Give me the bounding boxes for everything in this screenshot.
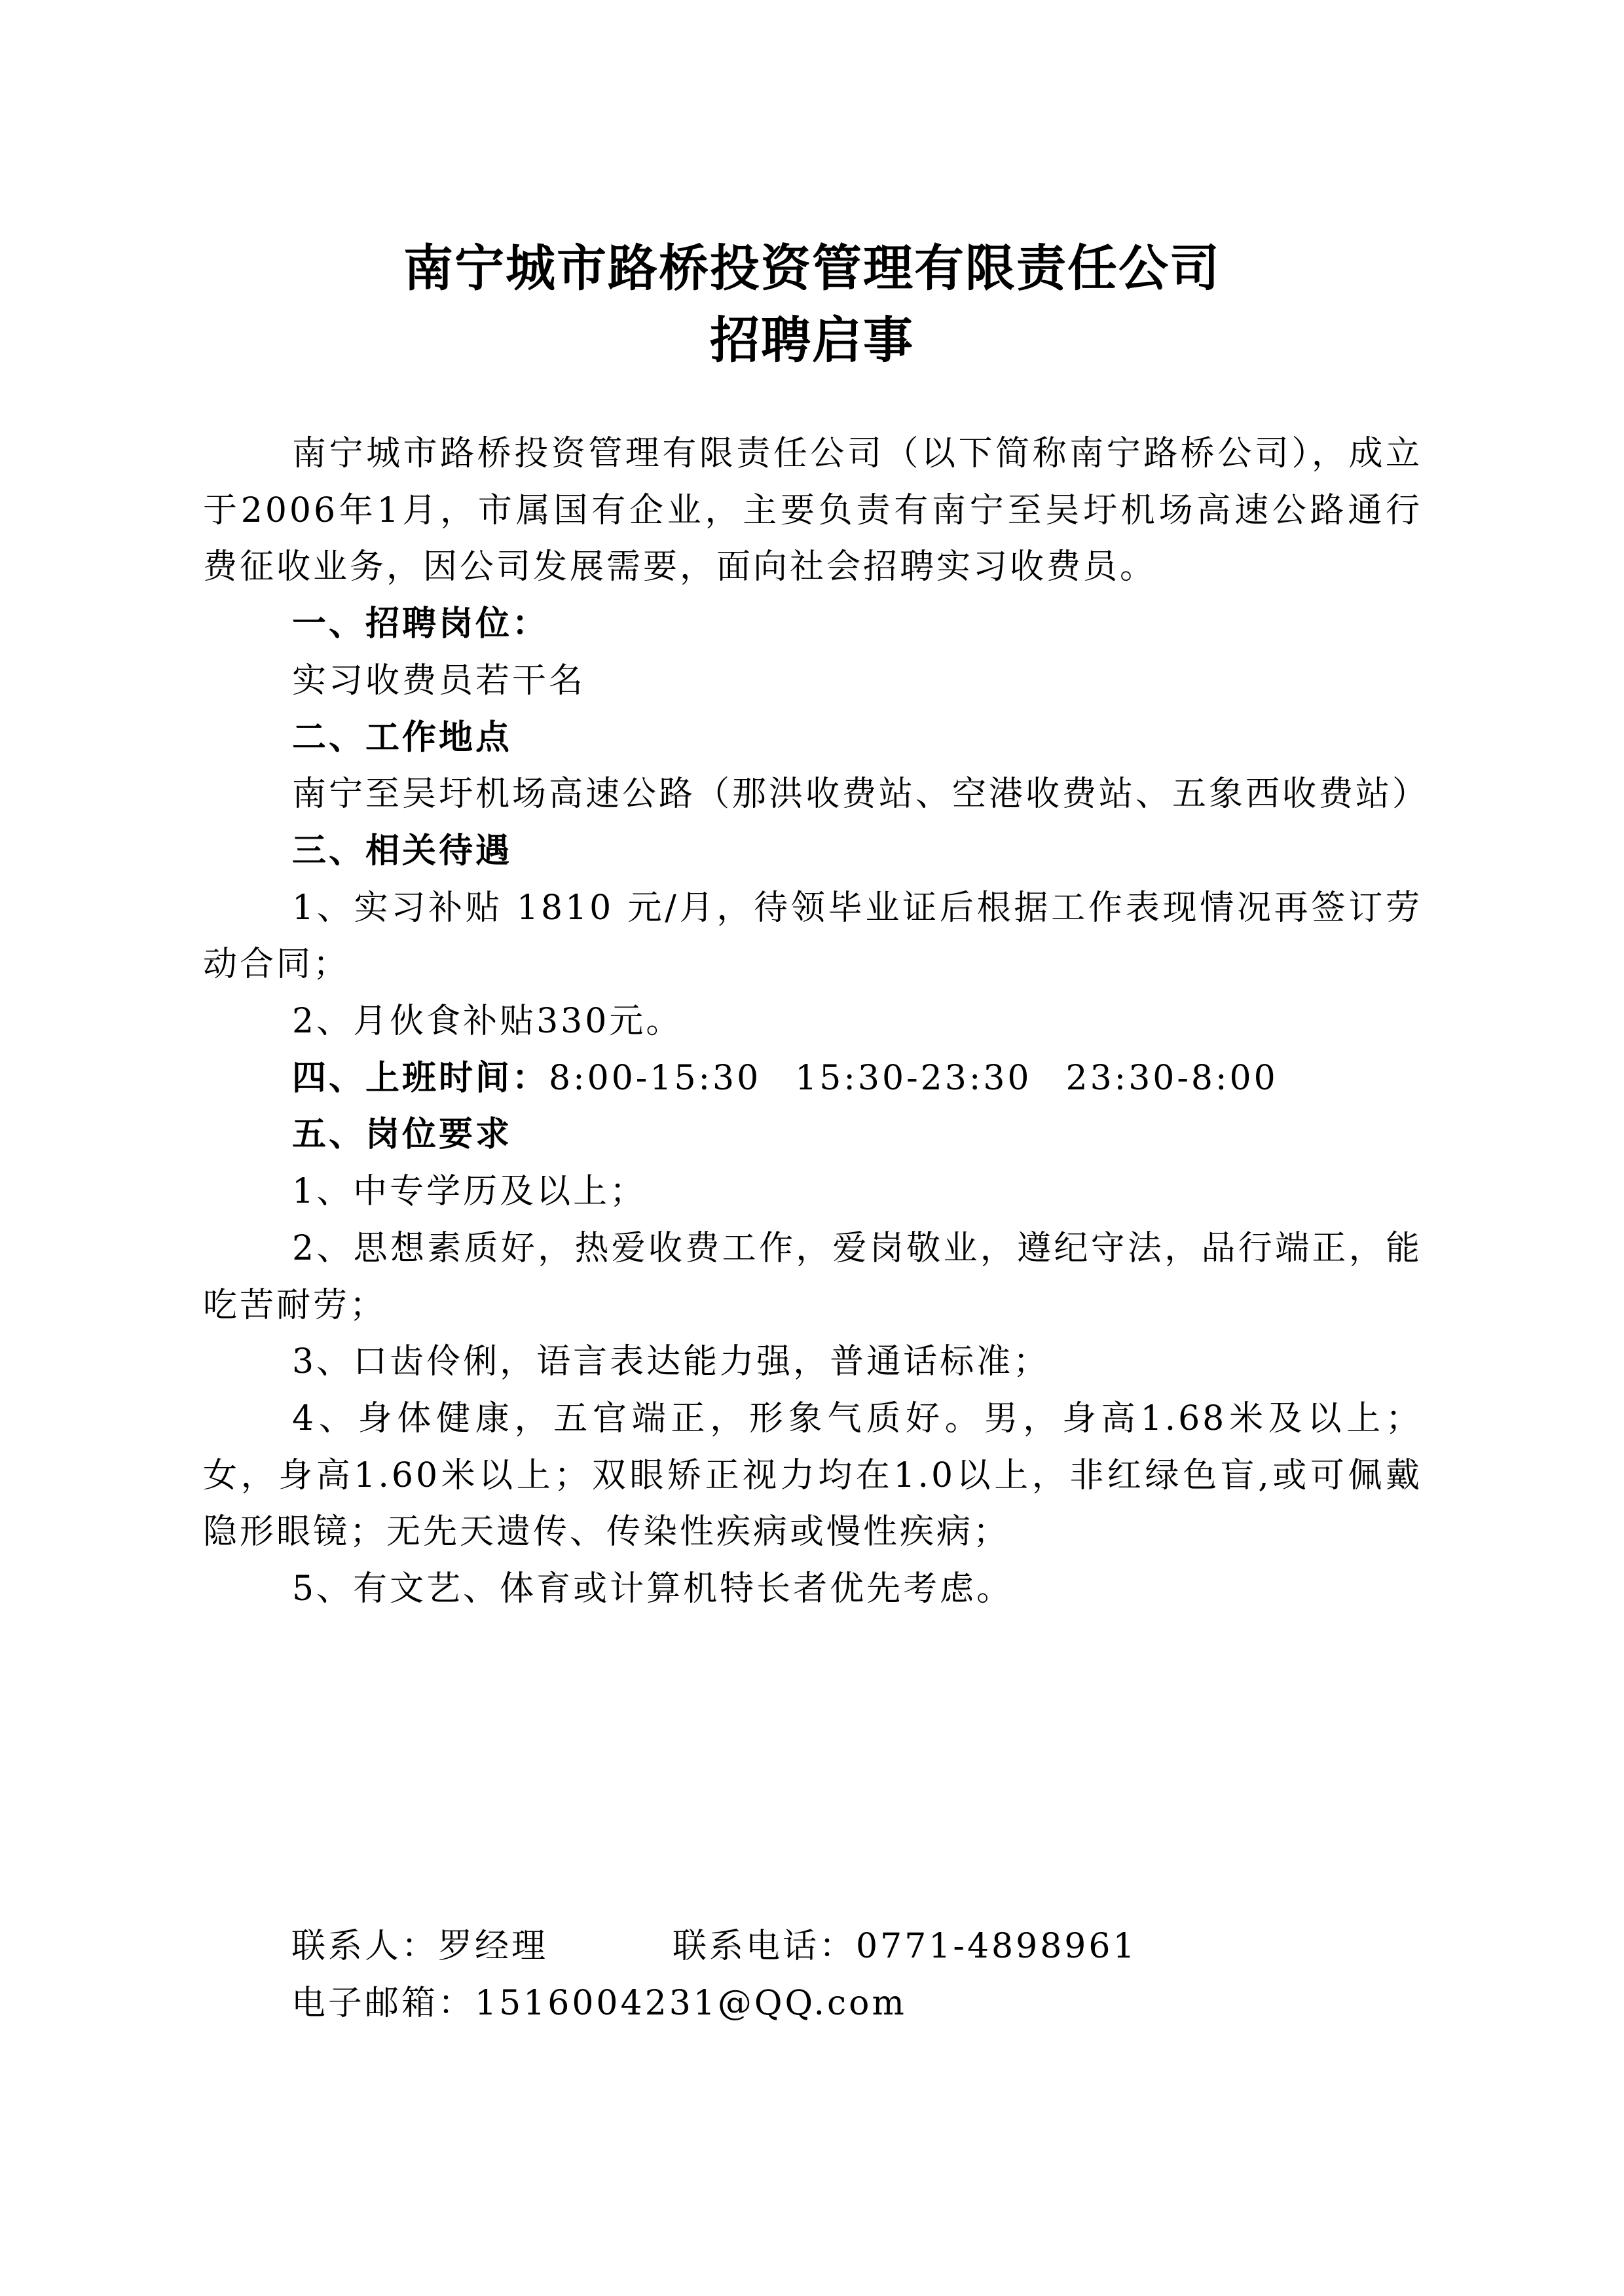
- location-detail: 南宁至吴圩机场高速公路（那洪收费站、空港收费站、五象西收费站）: [203, 766, 1422, 823]
- contact-person-label: 联系人：: [291, 1927, 438, 1966]
- shift-time: 15:30-23:30: [795, 1059, 1031, 1098]
- requirement-item: 5、有文艺、体育或计算机特长者优先考虑。: [203, 1561, 1422, 1618]
- requirement-item: 1、中专学历及以上；: [203, 1163, 1422, 1220]
- email-label: 电子邮箱：: [291, 1984, 475, 2023]
- requirement-item: 4、身体健康，五官端正，形象气质好。男，身高1.68米及以上；女，身高1.60米…: [203, 1391, 1422, 1561]
- benefit-item: 1、实习补贴 1810 元/月，待领毕业证后根据工作表现情况再签订劳动合同；: [203, 880, 1422, 993]
- contact-phone: 0771-4898961: [856, 1927, 1137, 1966]
- position-detail: 实习收费员若干名: [203, 653, 1422, 710]
- contact-phone-label: 联系电话：: [673, 1927, 856, 1966]
- benefit-item: 2、月伙食补贴330元。: [203, 993, 1422, 1050]
- shift-time: 8:00-15:30: [549, 1059, 761, 1098]
- section-heading-position: 一、招聘岗位：: [203, 596, 1422, 653]
- section-heading-requirements: 五、岗位要求: [203, 1106, 1422, 1163]
- section-heading-benefits: 三、相关待遇: [203, 823, 1422, 880]
- document-title-company: 南宁城市路桥投资管理有限责任公司: [0, 239, 1624, 298]
- work-hours-line: 四、上班时间：8:00-15:3015:30-23:3023:30-8:00: [203, 1050, 1422, 1107]
- contact-person: 罗经理: [438, 1927, 548, 1966]
- document-body: 南宁城市路桥投资管理有限责任公司（以下简称南宁路桥公司），成立于2006年1月，…: [203, 426, 1422, 1618]
- requirement-item: 2、思想素质好，热爱收费工作，爱岗敬业，遵纪守法，品行端正，能吃苦耐劳；: [203, 1220, 1422, 1334]
- document-page: 南宁城市路桥投资管理有限责任公司 招聘启事 南宁城市路桥投资管理有限责任公司（以…: [0, 0, 1624, 2296]
- requirement-item: 3、口齿伶俐，语言表达能力强，普通话标准；: [203, 1334, 1422, 1391]
- shift-time: 23:30-8:00: [1066, 1059, 1278, 1098]
- email-line: 电子邮箱：1516004231@QQ.com: [291, 1975, 907, 2032]
- document-title-notice: 招聘启事: [0, 311, 1624, 370]
- intro-paragraph: 南宁城市路桥投资管理有限责任公司（以下简称南宁路桥公司），成立于2006年1月，…: [203, 426, 1422, 596]
- email-address: 1516004231@QQ.com: [475, 1984, 907, 2023]
- section-heading-location: 二、工作地点: [203, 710, 1422, 767]
- contact-line: 联系人：罗经理联系电话：0771-4898961: [291, 1918, 1137, 1975]
- section-heading-hours: 四、上班时间：: [292, 1059, 549, 1098]
